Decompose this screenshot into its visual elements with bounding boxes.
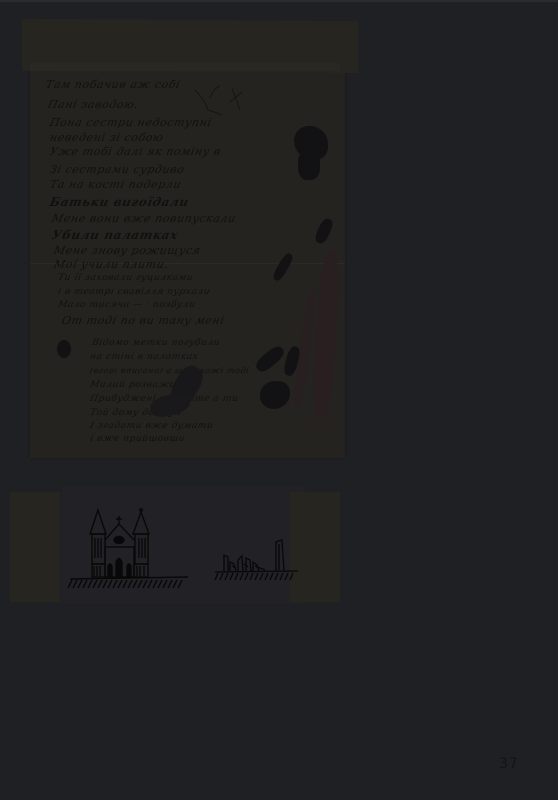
postscript-line: (вгорі вписано) а ще з кожі тоді (89, 366, 250, 375)
page-edge (0, 0, 558, 2)
letter-line: Пані заводою. (47, 98, 140, 111)
letter-line: Мене вони вже повипускали (51, 212, 238, 225)
postscript-line: Відомо метки погубили (91, 338, 221, 348)
letter-line: Батьки вигоїдали (49, 195, 191, 209)
ink-blot (57, 340, 71, 358)
letter-line: Та на кості подерли (49, 178, 183, 191)
letter-line: Мої учили плити. (53, 258, 170, 271)
letter-line: неведені зі собою (49, 131, 165, 144)
letter-line: Там побачив аж собі (45, 78, 182, 91)
postscript-line: І згадати вже думати (89, 421, 214, 431)
tape-strip-top-edge (30, 63, 340, 71)
letter-line: Зі сестрами сурдиво (49, 163, 186, 176)
letter-line: Убили палатках (51, 228, 180, 242)
letter-line: Мало тисяча — · позбули (57, 300, 197, 310)
tape-strip-left (10, 492, 60, 602)
church-and-ruins-drawing (60, 500, 310, 600)
ruins-drawing (215, 540, 298, 580)
postscript-line: Милий розважив (89, 380, 183, 390)
postscript-line: і вже прийшовши (89, 434, 186, 444)
pencil-sketch (190, 80, 250, 120)
letter-line: Пона сестри недоступні (49, 116, 214, 129)
letter-line: Мене знову рожищуся (53, 244, 202, 257)
letter-line: і в театрі свавілля пурхали (57, 287, 211, 297)
page-number: 37 (499, 756, 519, 772)
postscript-line: на стіні в палатках (89, 352, 200, 362)
letter-line: Уже тобі далі як поміну в (49, 145, 223, 158)
ink-blot (298, 150, 320, 180)
letter-line: От тоді по ви тану мені (61, 314, 226, 327)
church-drawing (68, 508, 188, 588)
letter-line: Ти її заховали гуцилками (57, 273, 194, 283)
